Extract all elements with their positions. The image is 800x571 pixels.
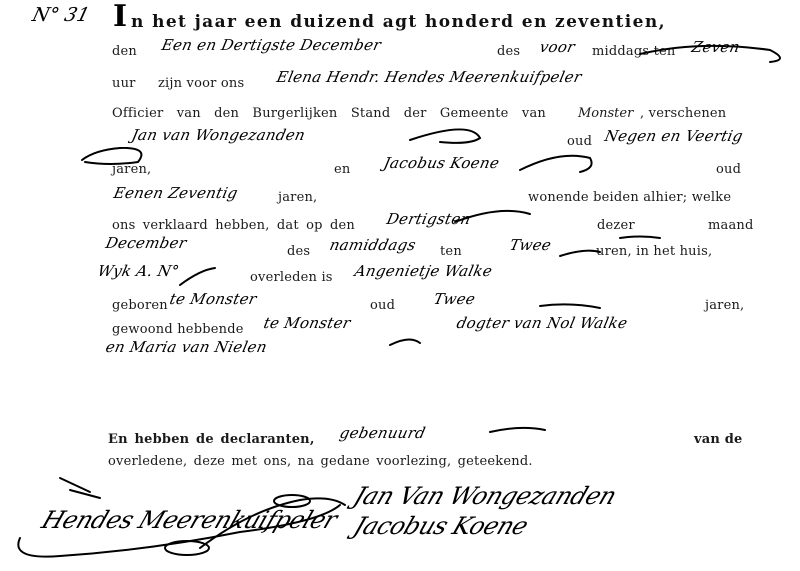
printed-municipality: Monster bbox=[578, 106, 633, 121]
hand-death-hour: Twee bbox=[508, 236, 553, 254]
hand-deceased-age: Twee bbox=[432, 290, 477, 308]
printed-den: den bbox=[112, 44, 137, 59]
printed-officier-line: Officier van den Burgerlijken Stand der … bbox=[112, 106, 546, 121]
hand-residence: te Monster bbox=[262, 314, 352, 332]
printed-van-de: van de bbox=[694, 432, 743, 447]
printed-gewoond-hebbende: gewoond hebbende bbox=[112, 322, 244, 337]
hand-age-declarant-2: Eenen Zeventig bbox=[112, 184, 240, 202]
printed-oud-3: oud bbox=[370, 298, 395, 313]
hand-officer-name: Elena Hendr. Hendes Meerenkuifpeler bbox=[275, 68, 583, 86]
hand-death-day: Dertigsten bbox=[385, 210, 473, 228]
printed-jaren-3: jaren, bbox=[705, 298, 744, 313]
printed-jaren-2: jaren, bbox=[278, 190, 317, 205]
printed-des-2: des bbox=[287, 244, 310, 259]
printed-closing-1: En hebben de declaranten, bbox=[108, 432, 315, 447]
hand-hour: Zeven bbox=[690, 38, 742, 56]
civil-record-page: N° 31 I n het jaar een duizend agt honde… bbox=[0, 0, 800, 571]
printed-verschenen: , verschenen bbox=[640, 106, 726, 121]
printed-de: dezer bbox=[597, 218, 635, 233]
hand-voor: voor bbox=[538, 38, 577, 56]
hand-declarant-1: Jan van Wongezanden bbox=[130, 126, 307, 144]
hand-age-declarant-1: Negen en Veertig bbox=[603, 127, 745, 145]
printed-uur: uur bbox=[112, 76, 136, 91]
signature-declarant-1: Jan Van Wongezanden bbox=[350, 482, 620, 510]
hand-deceased-name: Angenietje Walke bbox=[353, 262, 494, 280]
printed-en: en bbox=[334, 162, 350, 177]
printed-geboren: geboren bbox=[112, 298, 168, 313]
heading-initial: I bbox=[113, 2, 127, 32]
printed-oud-1: oud bbox=[567, 134, 592, 149]
signature-officer: Hendes Meerenkuifpeler bbox=[38, 506, 341, 534]
signature-declarant-2: Jacobus Koene bbox=[350, 512, 532, 540]
printed-des: des bbox=[497, 44, 520, 59]
hand-parent-father: dogter van Nol Walke bbox=[455, 314, 629, 332]
hand-parent-mother: en Maria van Nielen bbox=[104, 338, 269, 356]
printed-zijn-voor-ons: zijn voor ons bbox=[158, 76, 244, 91]
hand-house-location: Wyk A. N° bbox=[96, 262, 181, 280]
printed-overleden-is: overleden is bbox=[250, 270, 333, 285]
hand-death-month: December bbox=[104, 234, 188, 252]
printed-ten: ten bbox=[440, 244, 462, 259]
printed-jaren-1: jaren, bbox=[112, 162, 151, 177]
printed-oud-2: oud bbox=[716, 162, 741, 177]
printed-closing-2: overledene, deze met ons, na gedane voor… bbox=[108, 454, 533, 469]
printed-middags-ten: middags ten bbox=[592, 44, 676, 59]
record-number: N° 31 bbox=[30, 4, 92, 26]
printed-uren-huis: uren, in het huis, bbox=[596, 244, 712, 259]
hand-declarant-2: Jacobus Koene bbox=[382, 154, 501, 172]
heading-text: n het jaar een duizend agt honderd en ze… bbox=[131, 12, 666, 32]
hand-namiddags: namiddags bbox=[328, 236, 418, 254]
printed-maand: maand bbox=[708, 218, 754, 233]
printed-wonende: wonende beiden alhier; welke bbox=[528, 190, 731, 205]
hand-date-day: Een en Dertigste December bbox=[160, 36, 383, 54]
hand-birthplace: te Monster bbox=[168, 290, 258, 308]
printed-ons-verklaard: ons verklaard hebben, dat op den bbox=[112, 218, 355, 233]
hand-closing-word: gebenuurd bbox=[338, 424, 427, 442]
